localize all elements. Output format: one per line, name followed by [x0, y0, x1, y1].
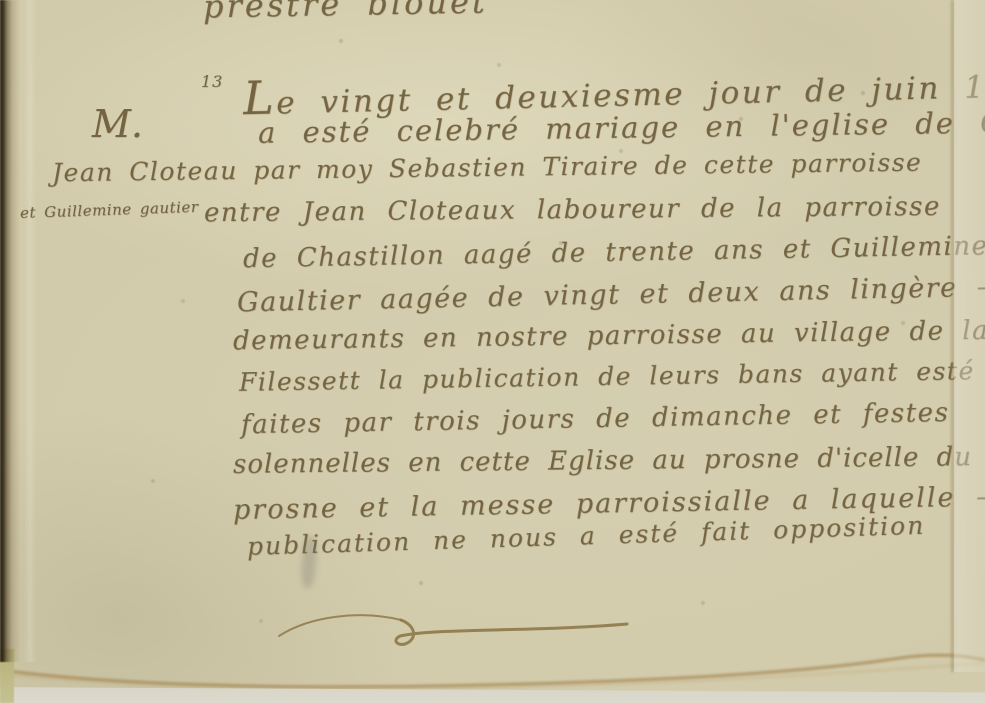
manuscript-line: Gaultier aagée de vingt et deux ans ling…	[237, 271, 985, 319]
manuscript-line: faites par trois jours de dimanche et fe…	[241, 398, 950, 440]
manuscript-line: entre Jean Cloteaux laboureur de la parr…	[204, 192, 941, 228]
manuscript-line: Jean Cloteau par moy Sebastien Tiraire d…	[52, 148, 923, 188]
manuscript-line: solennelles en cette Eglise au prosne d'…	[233, 442, 972, 480]
foxing-specks	[0, 0, 2, 2]
manuscript-line: demeurants en nostre parroisse au villag…	[233, 316, 985, 357]
right-margin-column	[954, 0, 985, 672]
binding-gutter-shadow	[0, 0, 20, 662]
margin-note-bride-name: et Guillemine gautier	[20, 198, 199, 222]
page-fold-highlight	[24, 0, 36, 662]
manuscript-page: prestre blouet 13 M. et Guillemine gauti…	[0, 0, 985, 703]
previous-entry-fragment: prestre blouet	[203, 0, 488, 25]
margin-initial-m: M.	[92, 102, 143, 146]
manuscript-line: de Chastillon aagé de trente ans et Guil…	[243, 230, 985, 274]
manuscript-line: Filessett la publication de leurs bans a…	[239, 356, 975, 397]
margin-entry-number: 13	[201, 72, 223, 91]
